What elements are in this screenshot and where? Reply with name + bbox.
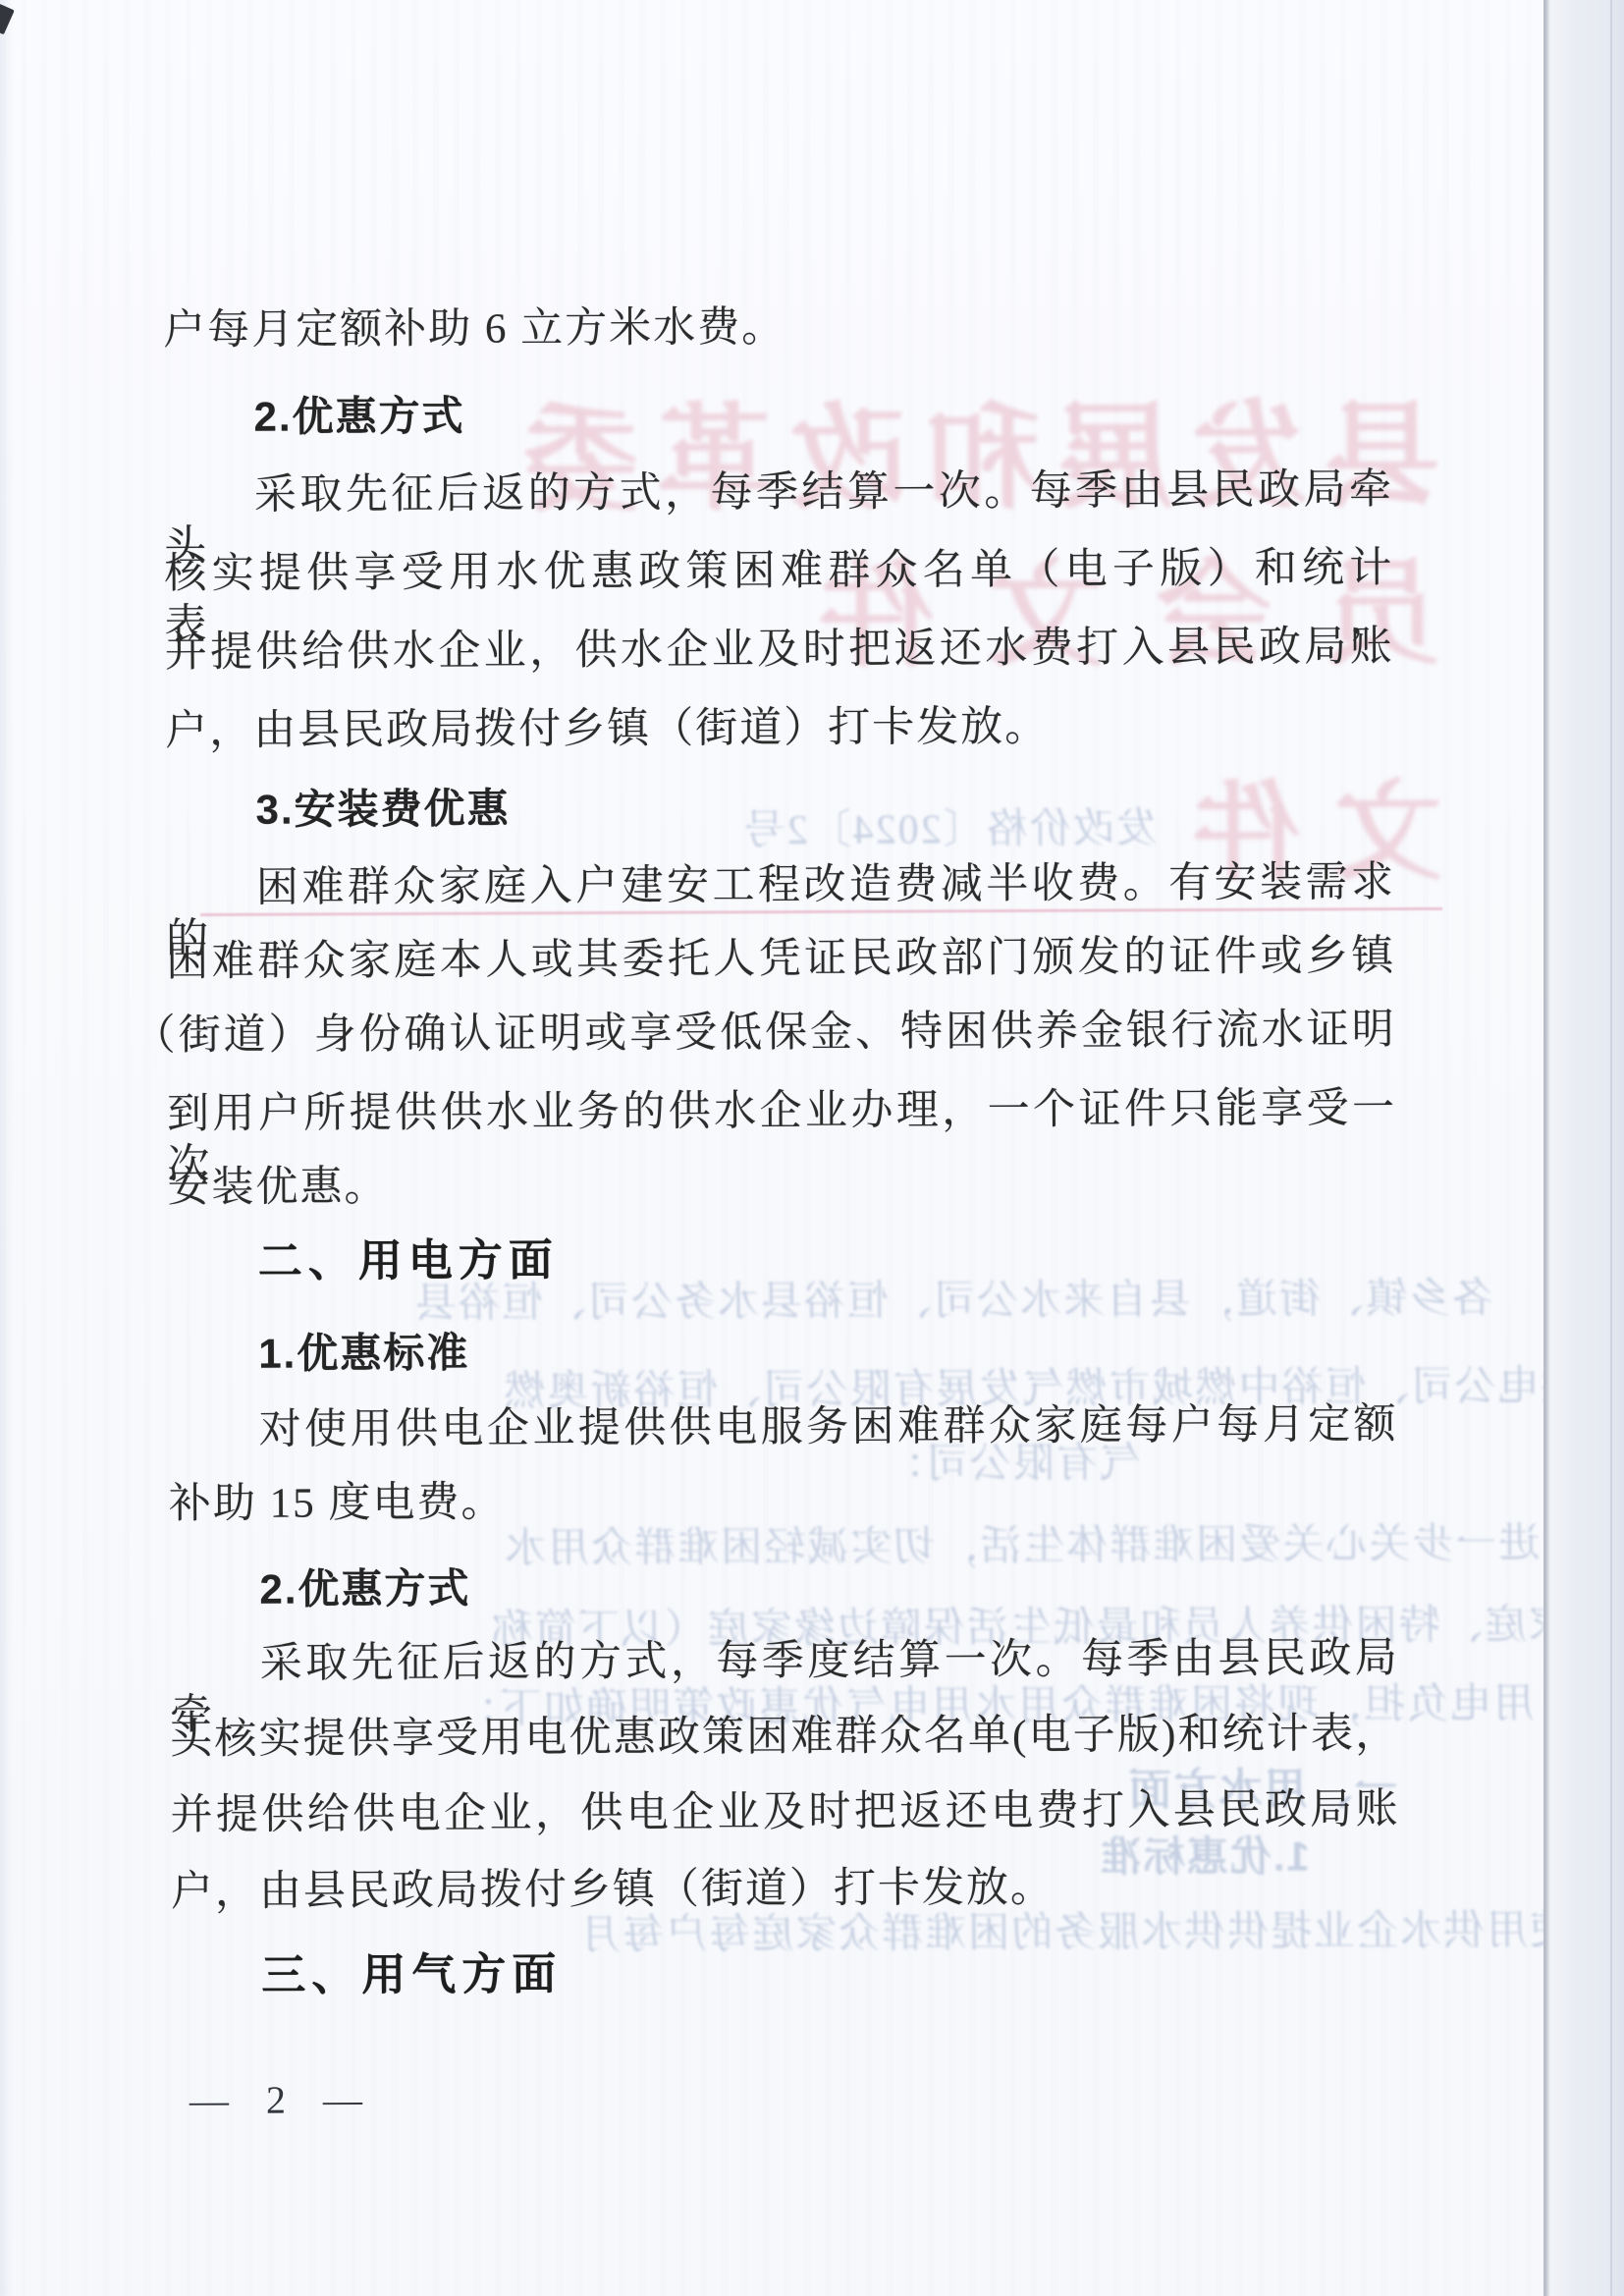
sub-heading: 3.安装费优惠 [255, 783, 510, 835]
scanner-edge-line [1610, 0, 1612, 2296]
bleed-through-text-line: 各乡镇、街道，县自来水公司、恒裕县水务公司、恒裕县 [413, 1266, 1493, 1330]
scanned-document-page: 县发展和改革委 员会文件 文件 发改价格〔2024〕2号 各乡镇、街道，县自来水… [0, 0, 1624, 2296]
body-line: 对使用供电企业提供供电服务困难群众家庭每户每月定额 [169, 1399, 1398, 1456]
section-heading: 三、用气方面 [261, 1948, 562, 2000]
sub-heading: 2.优惠方式 [253, 391, 464, 443]
body-line: 户，由县民政局拨付乡镇（街道）打卡发放。 [165, 702, 1049, 757]
section-heading: 二、用电方面 [258, 1234, 559, 1286]
body-line: 户，由县民政局拨付乡镇（街道）打卡发放。 [171, 1863, 1055, 1918]
body-line: （街道）身份确认证明或享受低保金、特困供养金银行流水证明 [134, 1005, 1396, 1062]
page-number: — 2 — [189, 2076, 368, 2123]
bleed-through-text-line: 为进一步关心关爱困难群体生活，切实减轻困难群众用水 [503, 1510, 1583, 1574]
body-line: 并提供给供水企业，供水企业及时把返还水费打入县民政局账 [165, 622, 1394, 679]
sub-heading: 2.优惠方式 [259, 1563, 470, 1615]
body-line: 头核实提供享受用电优惠政策困难群众名单(电子版)和统计表， [170, 1709, 1399, 1766]
sub-heading: 1.优惠标准 [258, 1328, 469, 1380]
body-line: 补助 15 度电费。 [169, 1478, 506, 1531]
body-line: 安装优惠。 [167, 1162, 388, 1214]
body-line: 困难群众家庭本人或其委托人凭证民政部门颁发的证件或乡镇 [166, 931, 1395, 988]
page-content: 县发展和改革委 员会文件 文件 发改价格〔2024〕2号 各乡镇、街道，县自来水… [0, 0, 1624, 2296]
bleed-through-doc-number: 发改价格〔2024〕2号 [741, 795, 1157, 856]
body-line: 并提供给供电企业，供电企业及时把返还电费打入县民政局账 [170, 1784, 1399, 1841]
body-line: 户每月定额补助 6 立方米水费。 [163, 302, 785, 356]
